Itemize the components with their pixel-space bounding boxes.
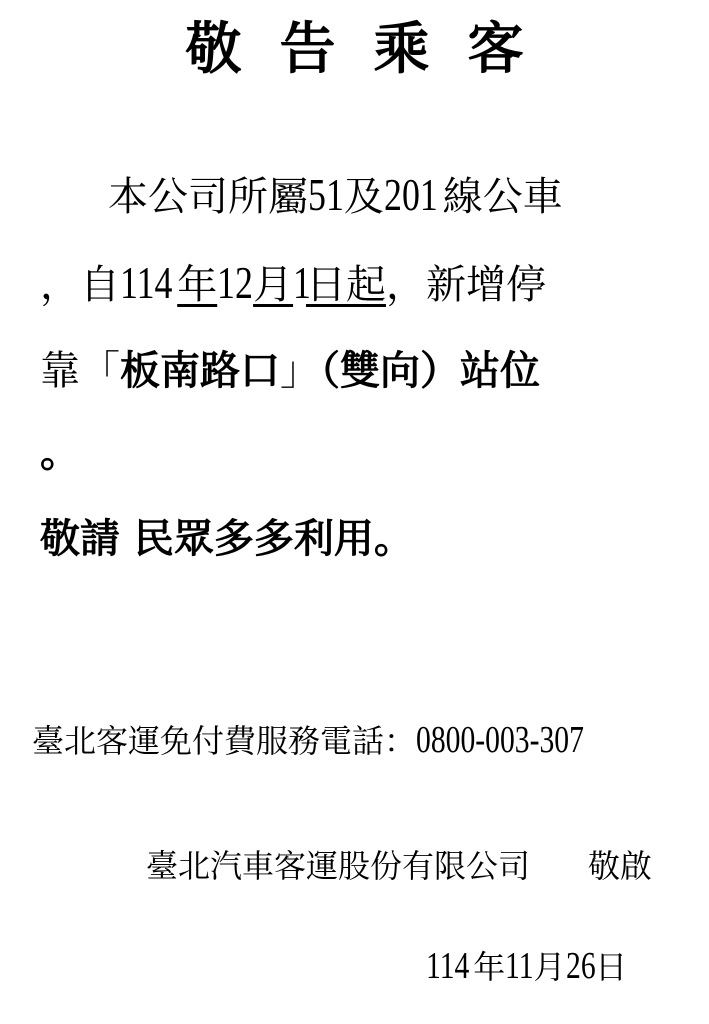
quote-mark: 」 (280, 348, 320, 394)
date-unit: 月 (253, 262, 293, 308)
title-char: 敬 (186, 14, 242, 84)
signature: 臺北汽車客運股份有限公司敬啟 (146, 846, 652, 886)
body-text: 靠 (40, 348, 80, 394)
body-text: ，自 (40, 262, 120, 308)
hotline-label: 臺北客運免付費服務電話： (32, 722, 416, 760)
company-name: 臺北汽車客運股份有限公司 (146, 847, 530, 885)
title-char: 客 (468, 14, 524, 84)
date-year: 114 (426, 946, 469, 986)
stop-direction: （雙向） (320, 347, 460, 394)
date-day: 26 (566, 946, 596, 986)
body-line-1: 本公司所屬51及201線公車 (108, 170, 563, 222)
route-number: 51 (308, 170, 344, 220)
date-unit: 年 (177, 262, 217, 308)
body-line-3: 靠「板南路口」（雙向）站位 (40, 346, 540, 396)
date-day: 1 (293, 258, 311, 308)
title-char: 告 (280, 14, 336, 84)
hotline: 臺北客運免付費服務電話：0800-003-307 (32, 720, 623, 761)
date-month: 12 (217, 258, 253, 308)
body-text: ，新增停 (386, 262, 546, 308)
body-text: 線公車 (443, 174, 563, 220)
hotline-number: 0800-003-307 (416, 720, 584, 760)
date-year: 114 (120, 258, 172, 308)
stop-name: 板南路口 (120, 347, 280, 394)
body-text: 及 (344, 174, 384, 220)
body-text: 本公司所屬 (108, 174, 308, 220)
closing-request: 敬請 民眾多多利用。 (40, 514, 414, 564)
body-text: 站位 (460, 347, 540, 394)
date-month: 11 (505, 946, 534, 986)
effective-date: 114年12月1日起 (120, 262, 386, 308)
title-char: 乘 (374, 14, 430, 84)
quote-mark: 「 (80, 348, 120, 394)
body-line-2: ，自114年12月1日起，新增停 (40, 258, 546, 310)
closing-salutation: 敬啟 (588, 847, 652, 885)
date-unit: 年 (473, 948, 505, 986)
date-unit: 日起 (306, 262, 386, 308)
body-line-4: 。 (40, 428, 80, 478)
date-unit: 日 (595, 948, 627, 986)
route-number: 201 (384, 170, 438, 220)
date-unit: 月 (533, 948, 565, 986)
notice-title: 敬告乘客 (0, 14, 709, 84)
issue-date: 114年11月26日 (426, 946, 627, 987)
